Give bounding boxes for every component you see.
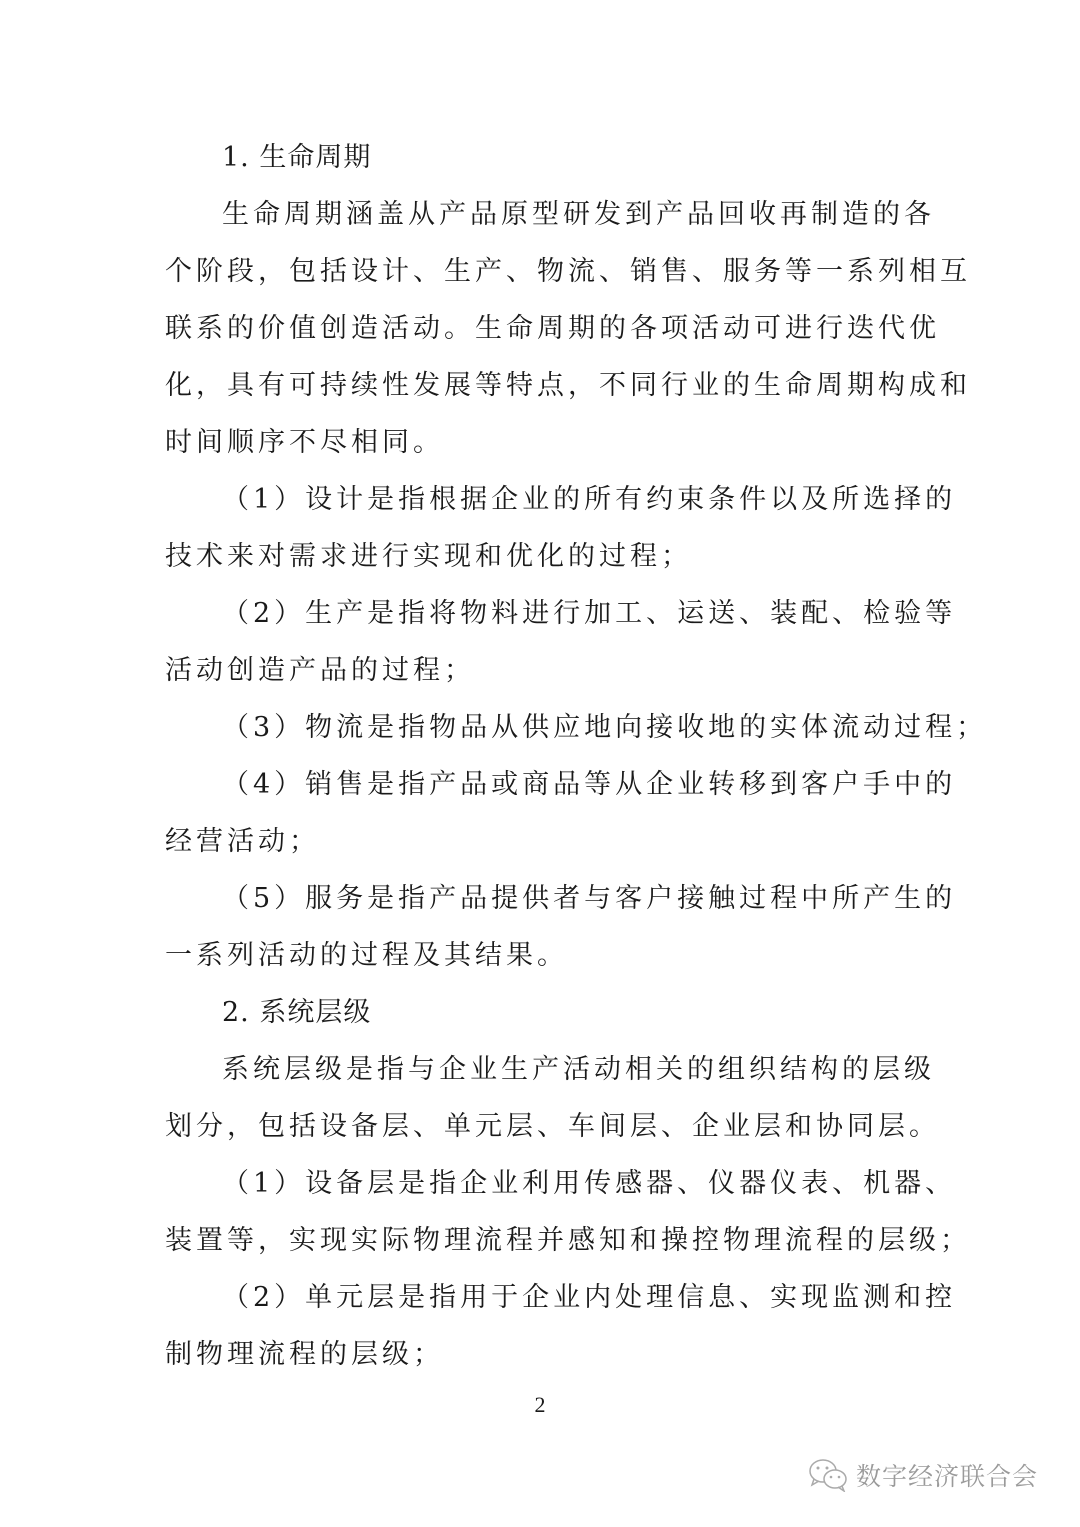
text-line: 联系的价值创造活动。生命周期的各项活动可进行迭代优 [165,309,925,349]
text-line: 个阶段，包括设计、生产、物流、销售、服务等一系列相互 [165,252,925,292]
text-line: （1）设计是指根据企业的所有约束条件以及所选择的 [222,480,982,520]
text-line: 系统层级是指与企业生产活动相关的组织结构的层级 [222,1050,982,1090]
page-number: 2 [0,1392,1080,1418]
text-line: 技术来对需求进行实现和优化的过程； [165,537,925,577]
text-line: （5）服务是指产品提供者与客户接触过程中所产生的 [222,879,982,919]
text-line: （4）销售是指产品或商品等从企业转移到客户手中的 [222,765,982,805]
text-line: 活动创造产品的过程； [165,651,925,691]
text-line: 划分，包括设备层、单元层、车间层、企业层和协同层。 [165,1107,925,1147]
text-line: 制物理流程的层级； [165,1335,925,1375]
wechat-icon [808,1458,848,1492]
text-line: （1）设备层是指企业利用传感器、仪器仪表、机器、 [222,1164,982,1204]
text-line: 装置等，实现实际物理流程并感知和操控物理流程的层级； [165,1221,925,1261]
text-line: 一系列活动的过程及其结果。 [165,936,925,976]
section-heading: 1. 生命周期 [222,138,982,178]
section-heading: 2. 系统层级 [222,993,982,1033]
text-line: （3）物流是指物品从供应地向接收地的实体流动过程； [222,708,982,748]
watermark: 数字经济联合会 [808,1455,1038,1495]
text-line: 生命周期涵盖从产品原型研发到产品回收再制造的各 [222,195,982,235]
text-line: 时间顺序不尽相同。 [165,423,925,463]
text-line: 经营活动； [165,822,925,862]
text-line: （2）生产是指将物料进行加工、运送、装配、检验等 [222,594,982,634]
text-line: 化，具有可持续性发展等特点，不同行业的生命周期构成和 [165,366,925,406]
watermark-text: 数字经济联合会 [856,1457,1038,1493]
text-line: （2）单元层是指用于企业内处理信息、实现监测和控 [222,1278,982,1318]
